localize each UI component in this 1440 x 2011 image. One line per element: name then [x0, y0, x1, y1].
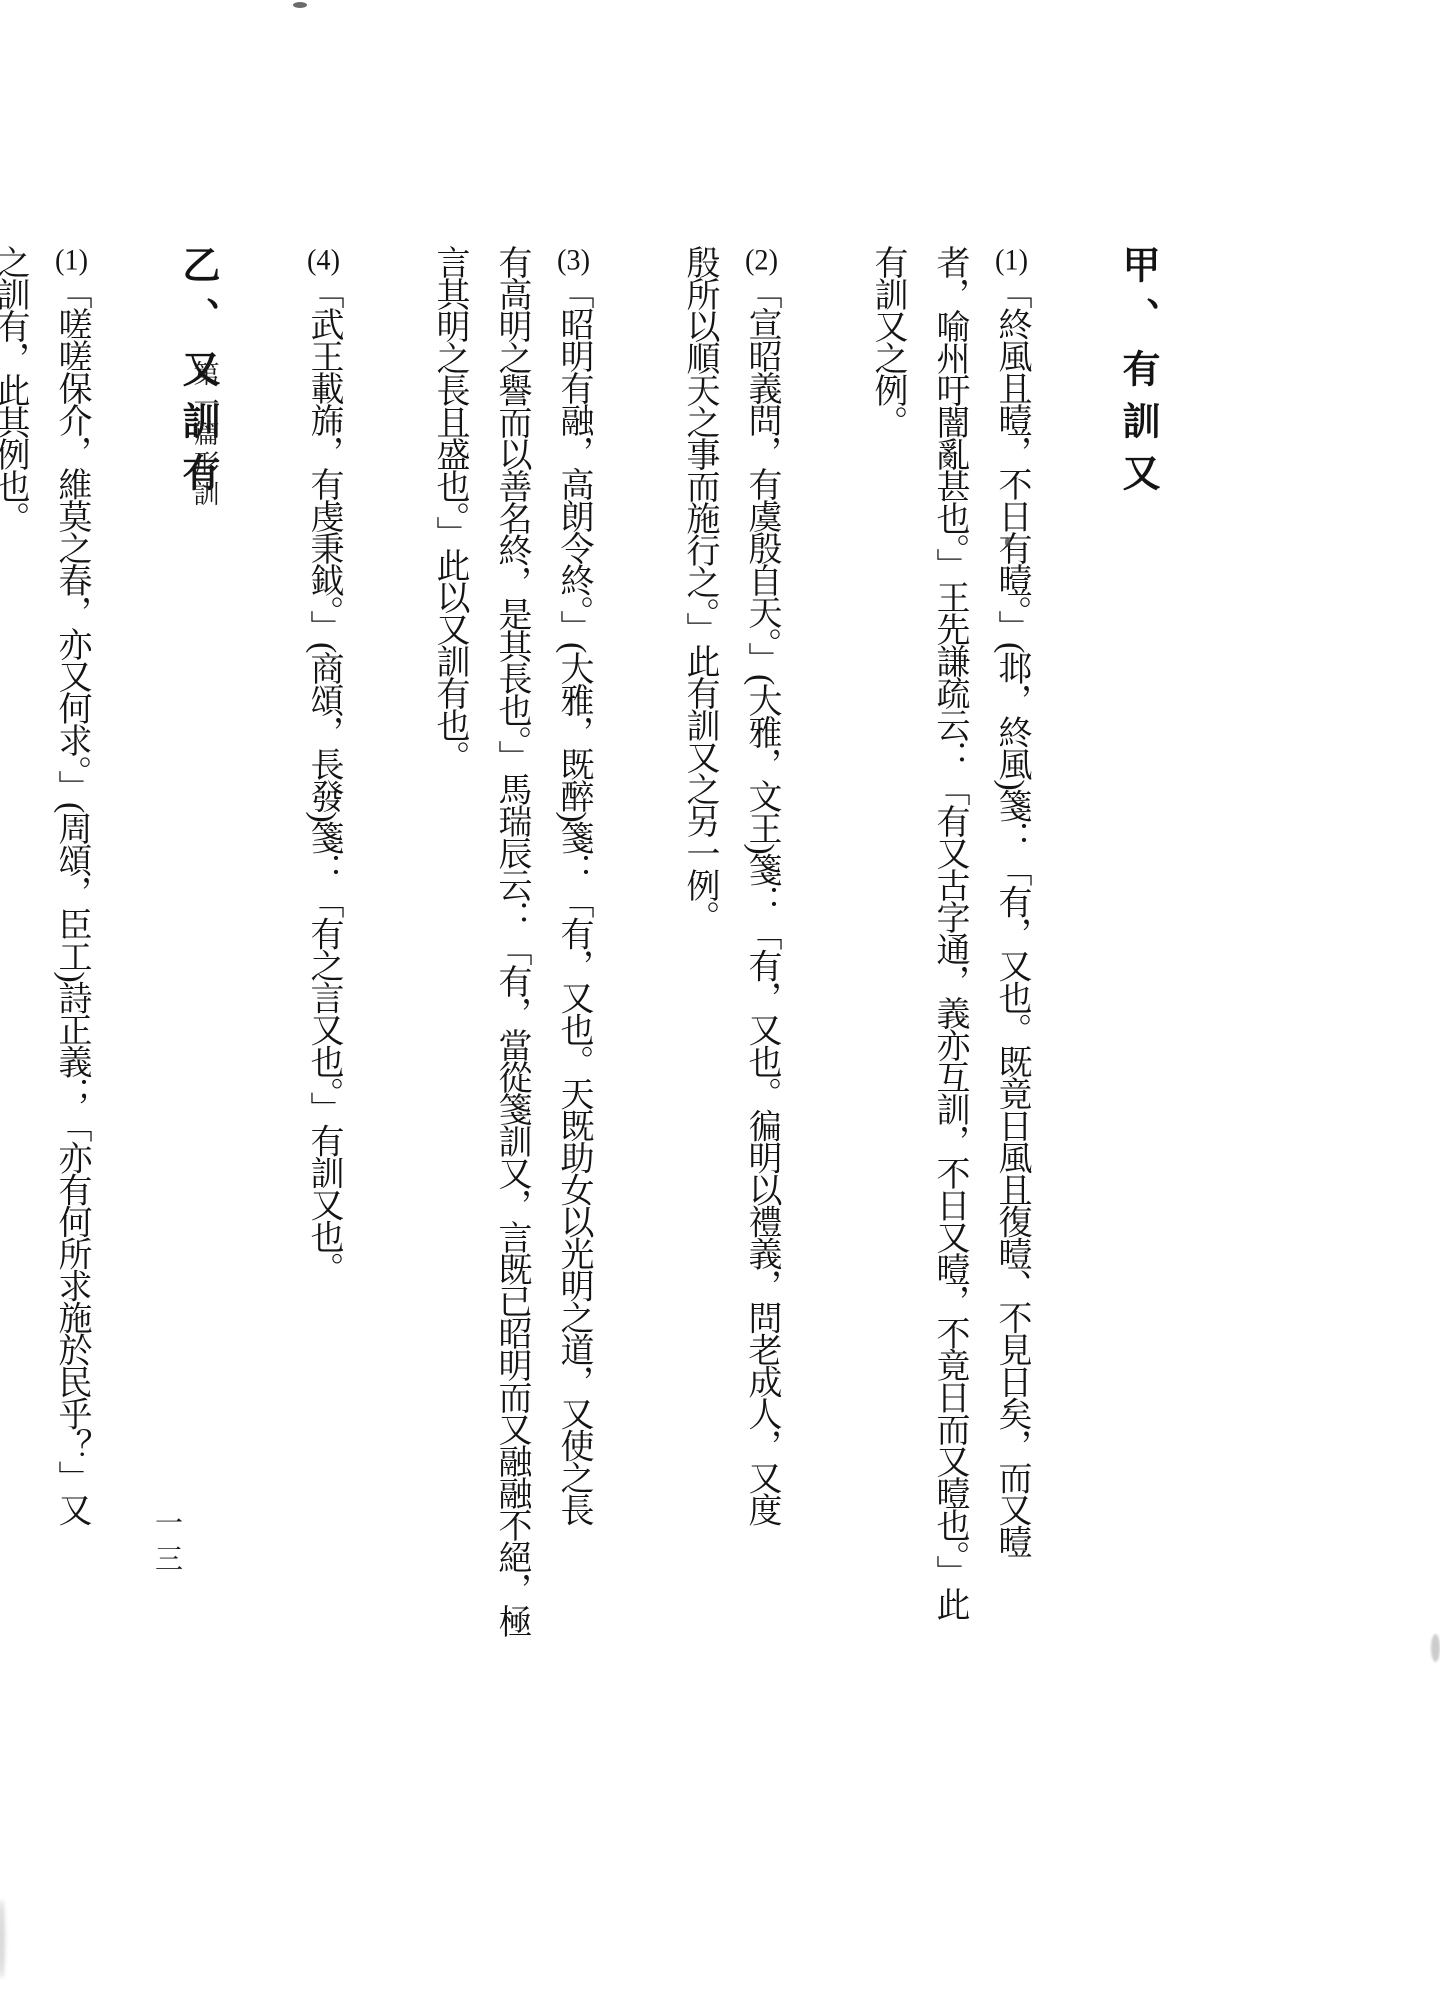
- page-text-block: 甲、有訓又 (1)「終風且曀，不日有曀。」(邶，終風)箋：「有，又也。既竟日風且…: [240, 245, 1232, 1715]
- item-a3-line-1: (3)「昭明有融，高朗令終。」(大雅，既醉)箋：「有，又也。天既助女以光明之道，…: [542, 245, 668, 1715]
- scan-speck: [1005, 537, 1010, 547]
- scan-speck: [293, 2, 307, 8]
- item-a2-line-2: 殷所以順天之事而施行之。」此有訓又之另一例。: [668, 245, 730, 1715]
- item-b1-line-1: (1)「嗟嗟保介，維莫之春，亦又何求。」(周頌，臣工)詩正義；「亦有何所求施於民…: [40, 245, 166, 1715]
- running-title: 第一篇形訓: [186, 360, 323, 510]
- item-a1-line-1-text: 「終風且曀，不日有曀。」(邶，終風)箋：「有，又也。既竟日風且復曀、不見日矣，而…: [993, 275, 1030, 1557]
- item-a1-line-3: 有訓又之例。: [856, 245, 918, 1715]
- scan-speck: [0, 1900, 5, 1978]
- running-title-subject-1: 形: [186, 450, 223, 480]
- item-a2-line-1: (2)「宣昭義問，有虞殷自天。」(大雅，文王)箋：「有，又也。徧明以禮義，問老成…: [730, 245, 856, 1715]
- item-b1-line-2: 之訓有，此其例也。: [0, 245, 40, 1715]
- item-a3-line-1-text: 「昭明有融，高朗令終。」(大雅，既醉)箋：「有，又也。天既助女以光明之道，又使之…: [555, 275, 592, 1525]
- item-a1-line-1: (1)「終風且曀，不日有曀。」(邶，終風)箋：「有，又也。既竟日風且復曀、不見日…: [980, 245, 1106, 1715]
- scan-speck: [1431, 1634, 1440, 1662]
- item-a1-number: (1): [995, 245, 1028, 275]
- item-a1-line-2: 者，喻州吁闇亂甚也。」王先謙疏云：「有又古字通，義亦互訓，不日又曀，不竟日而又曀…: [918, 245, 980, 1715]
- item-a2-number: (2): [745, 245, 778, 275]
- item-b1-number: (1): [55, 245, 88, 275]
- running-title-subject-2: 訓: [186, 480, 223, 510]
- item-a3-line-2: 有高明之譽而以善名終，是其長也。」馬瑞辰云：「有，當從箋訓又，言既已昭明而又融融…: [480, 245, 542, 1715]
- item-a3-number: (3): [557, 245, 590, 275]
- item-a2-line-1-text: 「宣昭義問，有虞殷自天。」(大雅，文王)箋：「有，又也。徧明以禮義，問老成人，又…: [743, 275, 780, 1525]
- item-a3-line-3: 言其明之長且盛也。」此以又訓有也。: [418, 245, 480, 1715]
- page-number: 一三: [146, 1508, 186, 1580]
- item-b1-line-1-text: 「嗟嗟保介，維莫之春，亦又何求。」(周頌，臣工)詩正義；「亦有何所求施於民乎？」…: [53, 275, 90, 1525]
- section-heading-a: 甲、有訓又: [1106, 245, 1232, 1715]
- item-a4-number: (4): [307, 245, 340, 275]
- running-title-part: 第一篇: [190, 360, 219, 450]
